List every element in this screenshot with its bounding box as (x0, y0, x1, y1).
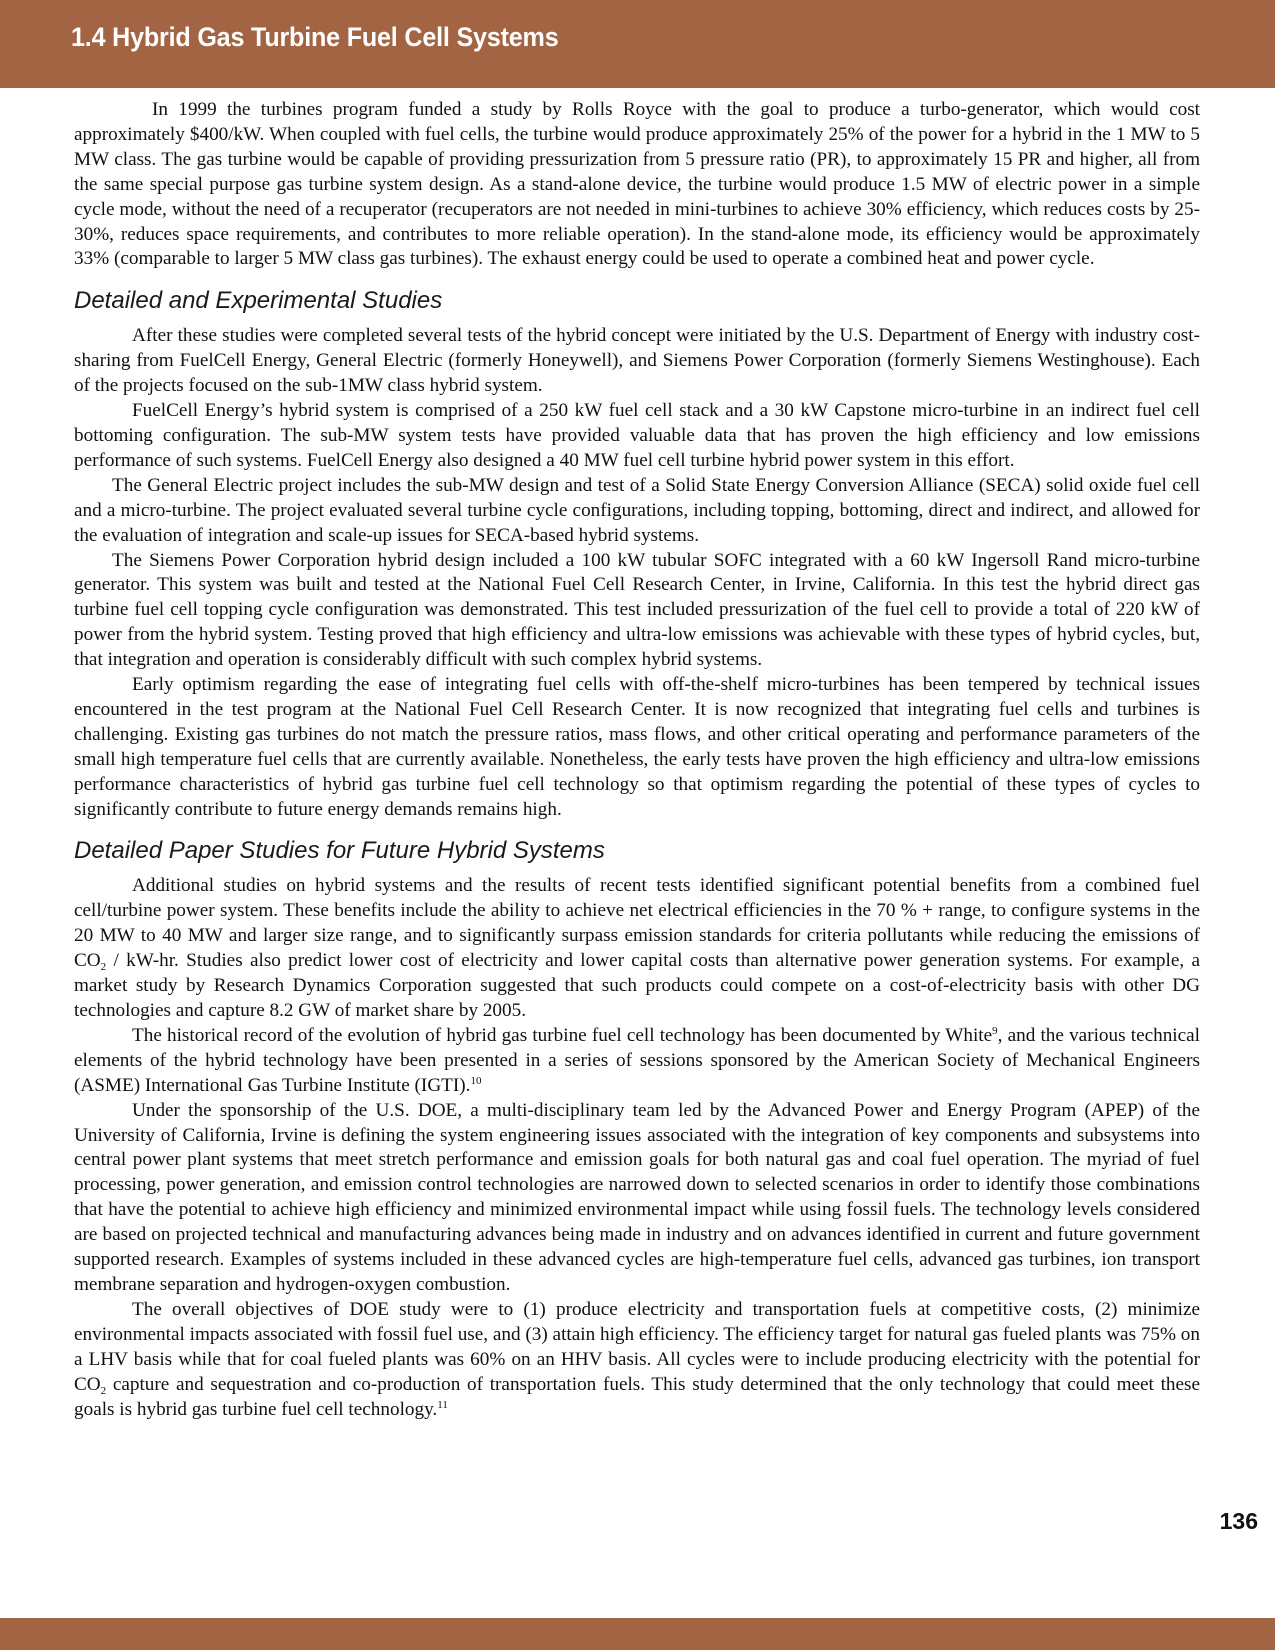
paragraph: The General Electric project includes th… (74, 474, 1200, 549)
section-heading-experimental: Detailed and Experimental Studies (74, 286, 1200, 316)
page-title: 1.4 Hybrid Gas Turbine Fuel Cell Systems (71, 22, 558, 53)
document-body: In 1999 the turbines program funded a st… (74, 98, 1200, 1422)
paragraph: After these studies were completed sever… (74, 324, 1200, 399)
paragraph: The historical record of the evolution o… (74, 1024, 1200, 1099)
paragraph: The Siemens Power Corporation hybrid des… (74, 549, 1200, 674)
text-run: / kW-hr. Studies also predict lower cost… (74, 950, 1200, 1021)
section-heading-paper-studies: Detailed Paper Studies for Future Hybrid… (74, 836, 1200, 866)
paragraph: The overall objectives of DOE study were… (74, 1298, 1200, 1423)
footer-band (0, 1618, 1275, 1650)
footnote-ref: 10 (470, 1075, 481, 1087)
paragraph: Additional studies on hybrid systems and… (74, 874, 1200, 1023)
text-run: capture and sequestration and co-product… (74, 1374, 1200, 1420)
text-run: The historical record of the evolution o… (132, 1025, 992, 1046)
paragraph: FuelCell Energy’s hybrid system is compr… (74, 399, 1200, 474)
paragraph: Early optimism regarding the ease of int… (74, 673, 1200, 822)
page-number: 136 (1220, 1508, 1258, 1535)
intro-paragraph: In 1999 the turbines program funded a st… (74, 98, 1200, 272)
header-band: 1.4 Hybrid Gas Turbine Fuel Cell Systems (0, 0, 1275, 88)
paragraph: Under the sponsorship of the U.S. DOE, a… (74, 1099, 1200, 1298)
footnote-ref: 11 (437, 1399, 448, 1411)
